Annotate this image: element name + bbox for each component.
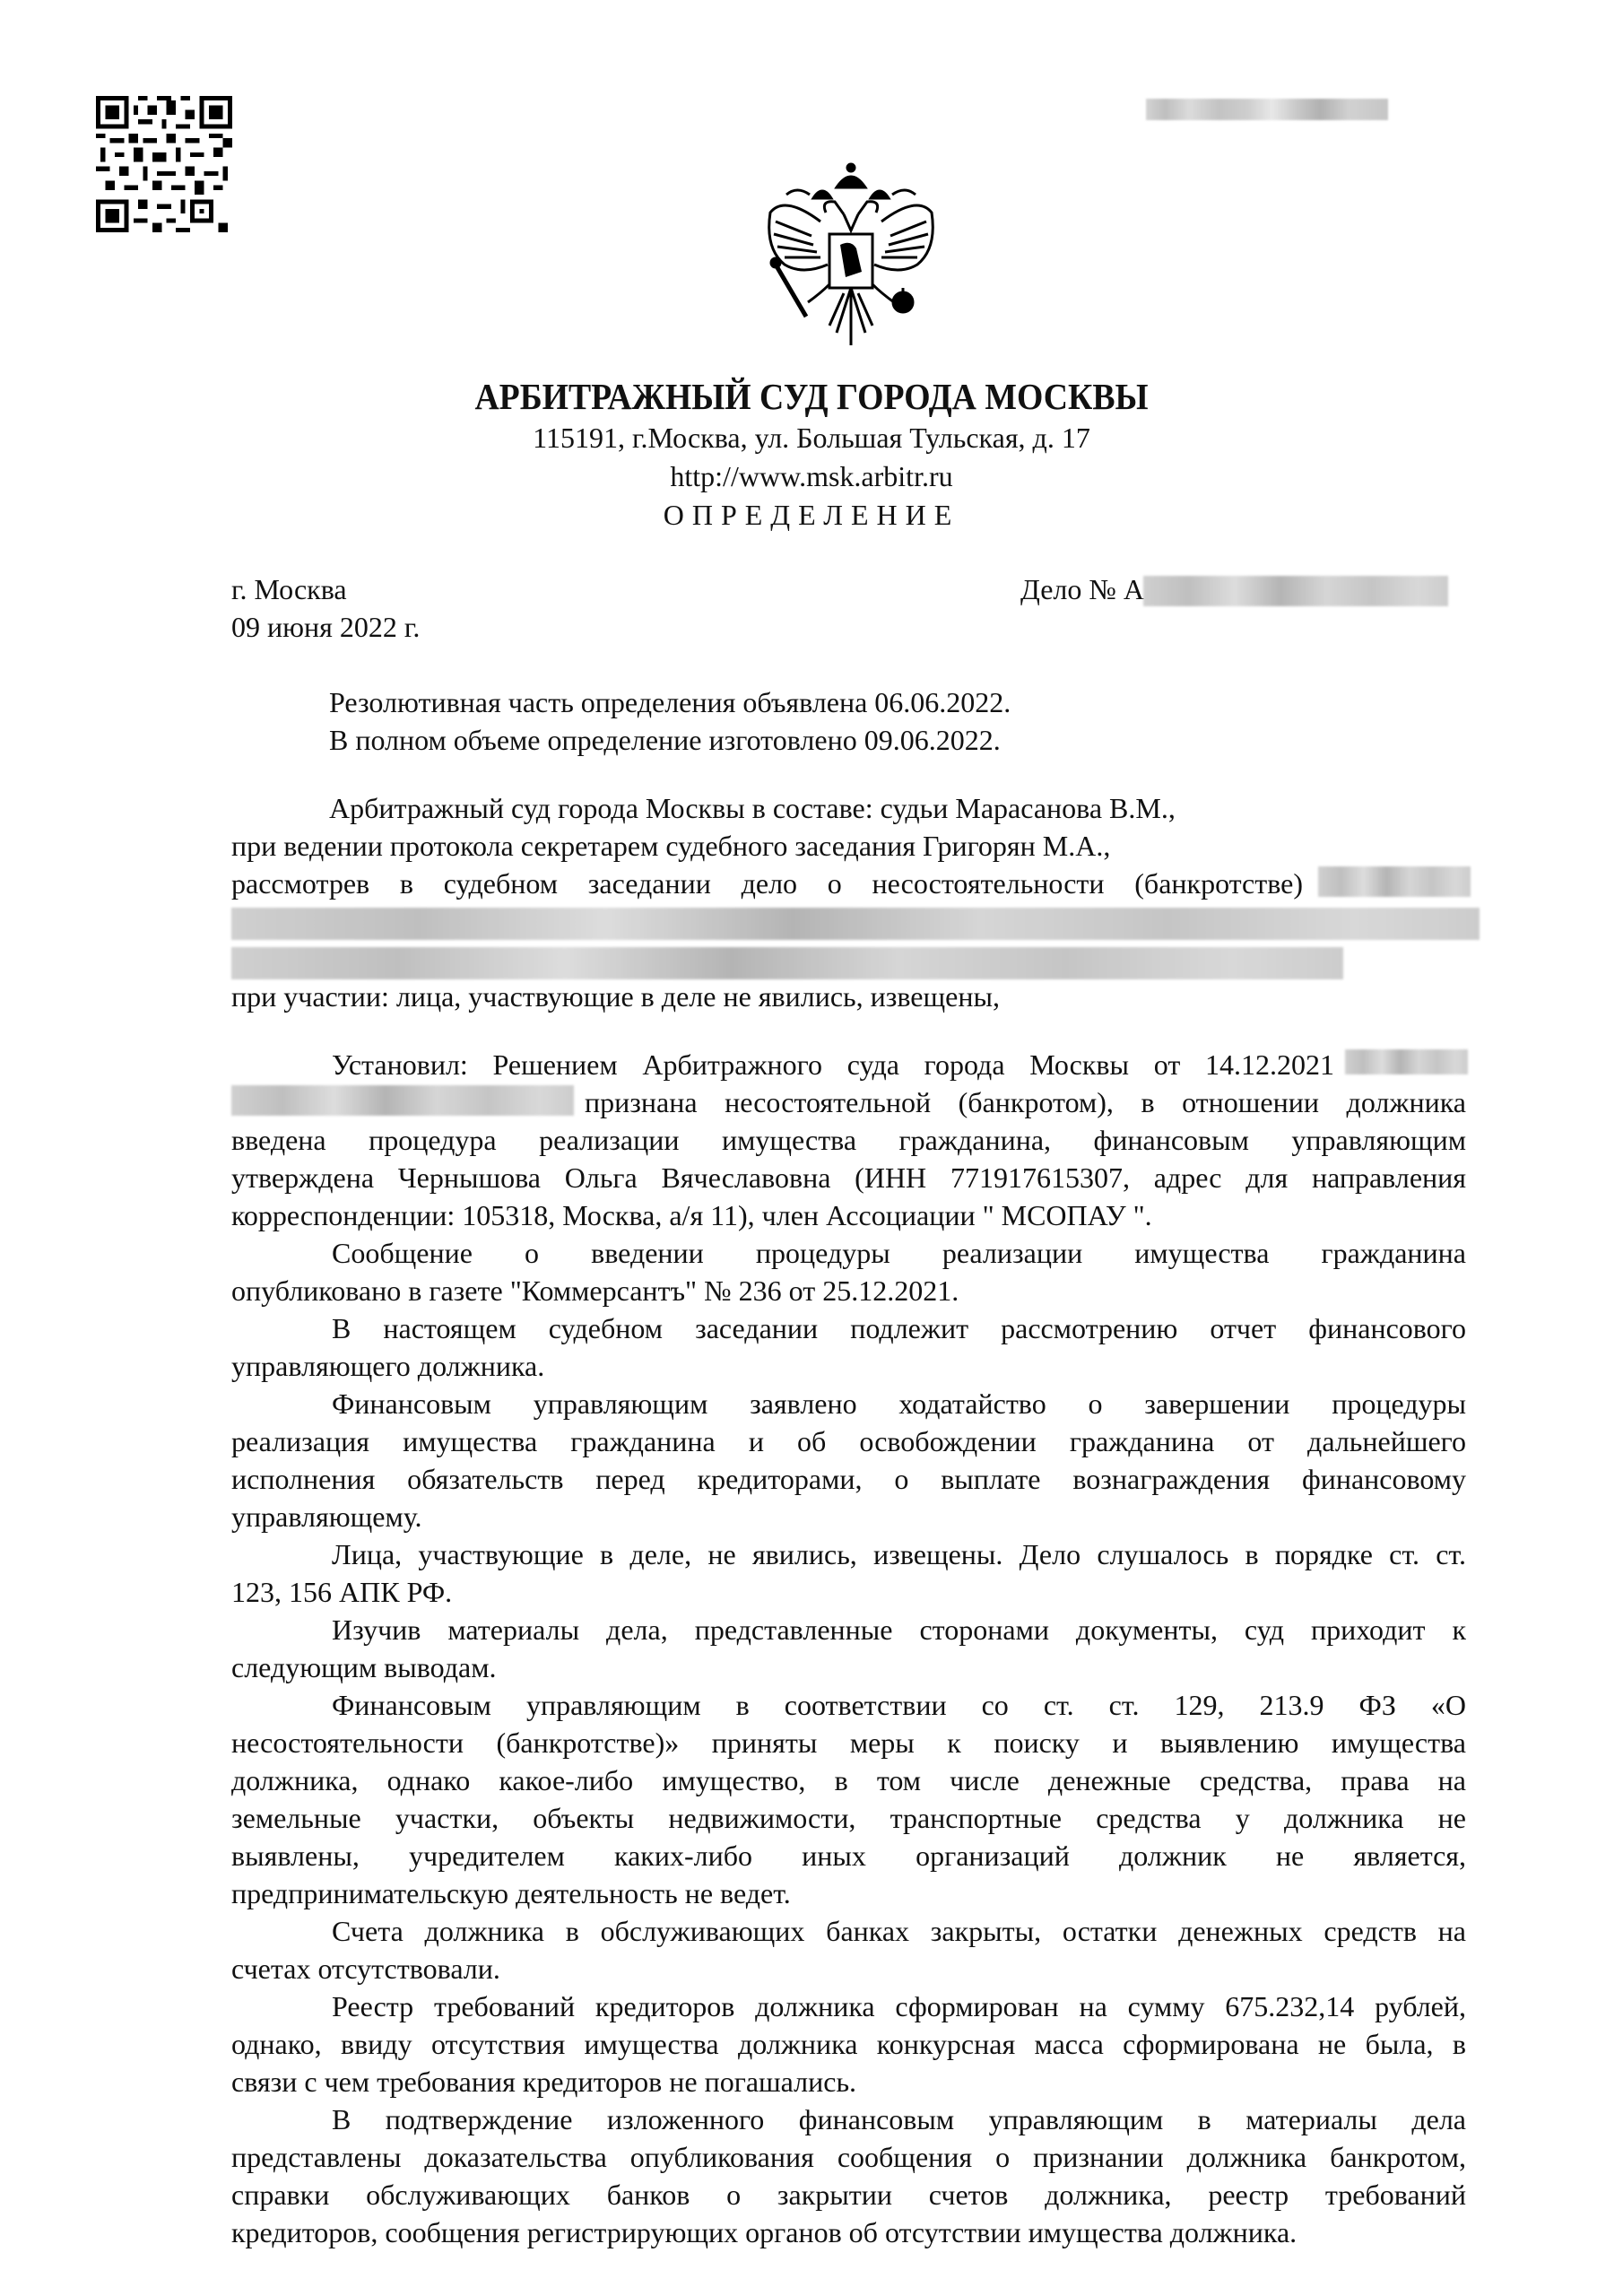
body-line: признана несостоятельной (банкротом), в … xyxy=(585,1083,1466,1121)
body-line: следующим выводам. xyxy=(231,1648,496,1686)
document-date: 09 июня 2022 г. xyxy=(231,608,420,646)
body-line: Арбитражный суд города Москвы в составе:… xyxy=(329,789,1176,827)
body-line: опубликовано в газете "Коммерсантъ" № 23… xyxy=(231,1272,959,1309)
announcement-line: В полном объеме определение изготовлено … xyxy=(329,721,1001,759)
body-line: при ведении протокола секретарем судебно… xyxy=(231,827,1110,865)
body-line: корреспонденции: 105318, Москва, а/я 11)… xyxy=(231,1196,1152,1234)
body-line: при участии: лица, участвующие в деле не… xyxy=(231,978,1000,1015)
city: г. Москва xyxy=(231,570,347,608)
body-line: однако, ввиду отсутствия имущества должн… xyxy=(231,2025,1466,2063)
body-line: кредиторов, сообщения регистрирующих орг… xyxy=(231,2213,1297,2251)
coat-of-arms-icon xyxy=(758,159,944,352)
body-line: представлены доказательства опубликовани… xyxy=(231,2138,1466,2176)
redacted-stamp xyxy=(1146,99,1388,120)
body-line: связи с чем требования кредиторов не пог… xyxy=(231,2063,856,2100)
court-website-link[interactable]: http://www.msk.arbitr.ru xyxy=(0,460,1623,493)
body-line: исполнения обязательств перед кредиторам… xyxy=(231,1460,1466,1498)
body-line: выявлены, учредителем каких-либо иных ор… xyxy=(231,1837,1466,1874)
body-line: Финансовым управляющим в соответствии со… xyxy=(332,1686,1466,1724)
body-line: Реестр требований кредиторов должника сф… xyxy=(332,1987,1466,2025)
body-line: предпринимательскую деятельность не веде… xyxy=(231,1874,791,1912)
body-line: Лица, участвующие в деле, не явились, из… xyxy=(332,1535,1466,1573)
body-line: несостоятельности (банкротстве)» приняты… xyxy=(231,1724,1466,1761)
body-line: В подтверждение изложенного финансовым у… xyxy=(332,2100,1466,2138)
body-line: Счета должника в обслуживающих банках за… xyxy=(332,1912,1466,1950)
court-address: 115191, г.Москва, ул. Большая Тульская, … xyxy=(0,422,1623,455)
body-line: 123, 156 АПК РФ. xyxy=(231,1573,452,1611)
body-line: В настоящем судебном заседании подлежит … xyxy=(332,1309,1466,1347)
body-line: Финансовым управляющим заявлено ходатайс… xyxy=(332,1385,1466,1422)
body-line: Установил: Решением Арбитражного суда го… xyxy=(332,1046,1334,1083)
body-line: введена процедура реализации имущества г… xyxy=(231,1121,1466,1159)
redacted-debtor-name xyxy=(1345,1049,1468,1074)
body-line: управляющего должника. xyxy=(231,1347,544,1385)
redacted-debtor-name xyxy=(1318,866,1471,897)
document-type: ОПРЕДЕЛЕНИЕ xyxy=(0,499,1623,532)
body-line: справки обслуживающих банков о закрытии … xyxy=(231,2176,1466,2213)
body-line: земельные участки, объекты недвижимости,… xyxy=(231,1799,1466,1837)
case-label: Дело № А xyxy=(1020,570,1144,608)
qr-code xyxy=(96,96,232,232)
redacted-case-number xyxy=(1143,576,1448,606)
announcement-line: Резолютивная часть определения объявлена… xyxy=(329,683,1011,721)
body-line: реализация имущества гражданина и об осв… xyxy=(231,1422,1466,1460)
court-name: АРБИТРАЖНЫЙ СУД ГОРОДА МОСКВЫ xyxy=(65,375,1558,418)
body-line: Сообщение о введении процедуры реализаци… xyxy=(332,1234,1466,1272)
body-line: утверждена Чернышова Ольга Вячеславовна … xyxy=(231,1159,1466,1196)
body-line: счетах отсутствовали. xyxy=(231,1950,500,1987)
body-line: должника, однако какое-либо имущество, в… xyxy=(231,1761,1466,1799)
redacted-debtor-name xyxy=(231,1085,574,1116)
redacted-debtor-address xyxy=(231,947,1343,979)
body-line: рассмотрев в судебном заседании дело о н… xyxy=(231,865,1303,902)
redacted-debtor-details xyxy=(231,908,1480,940)
body-line: Изучив материалы дела, представленные ст… xyxy=(332,1611,1466,1648)
body-line: управляющему. xyxy=(231,1498,422,1535)
